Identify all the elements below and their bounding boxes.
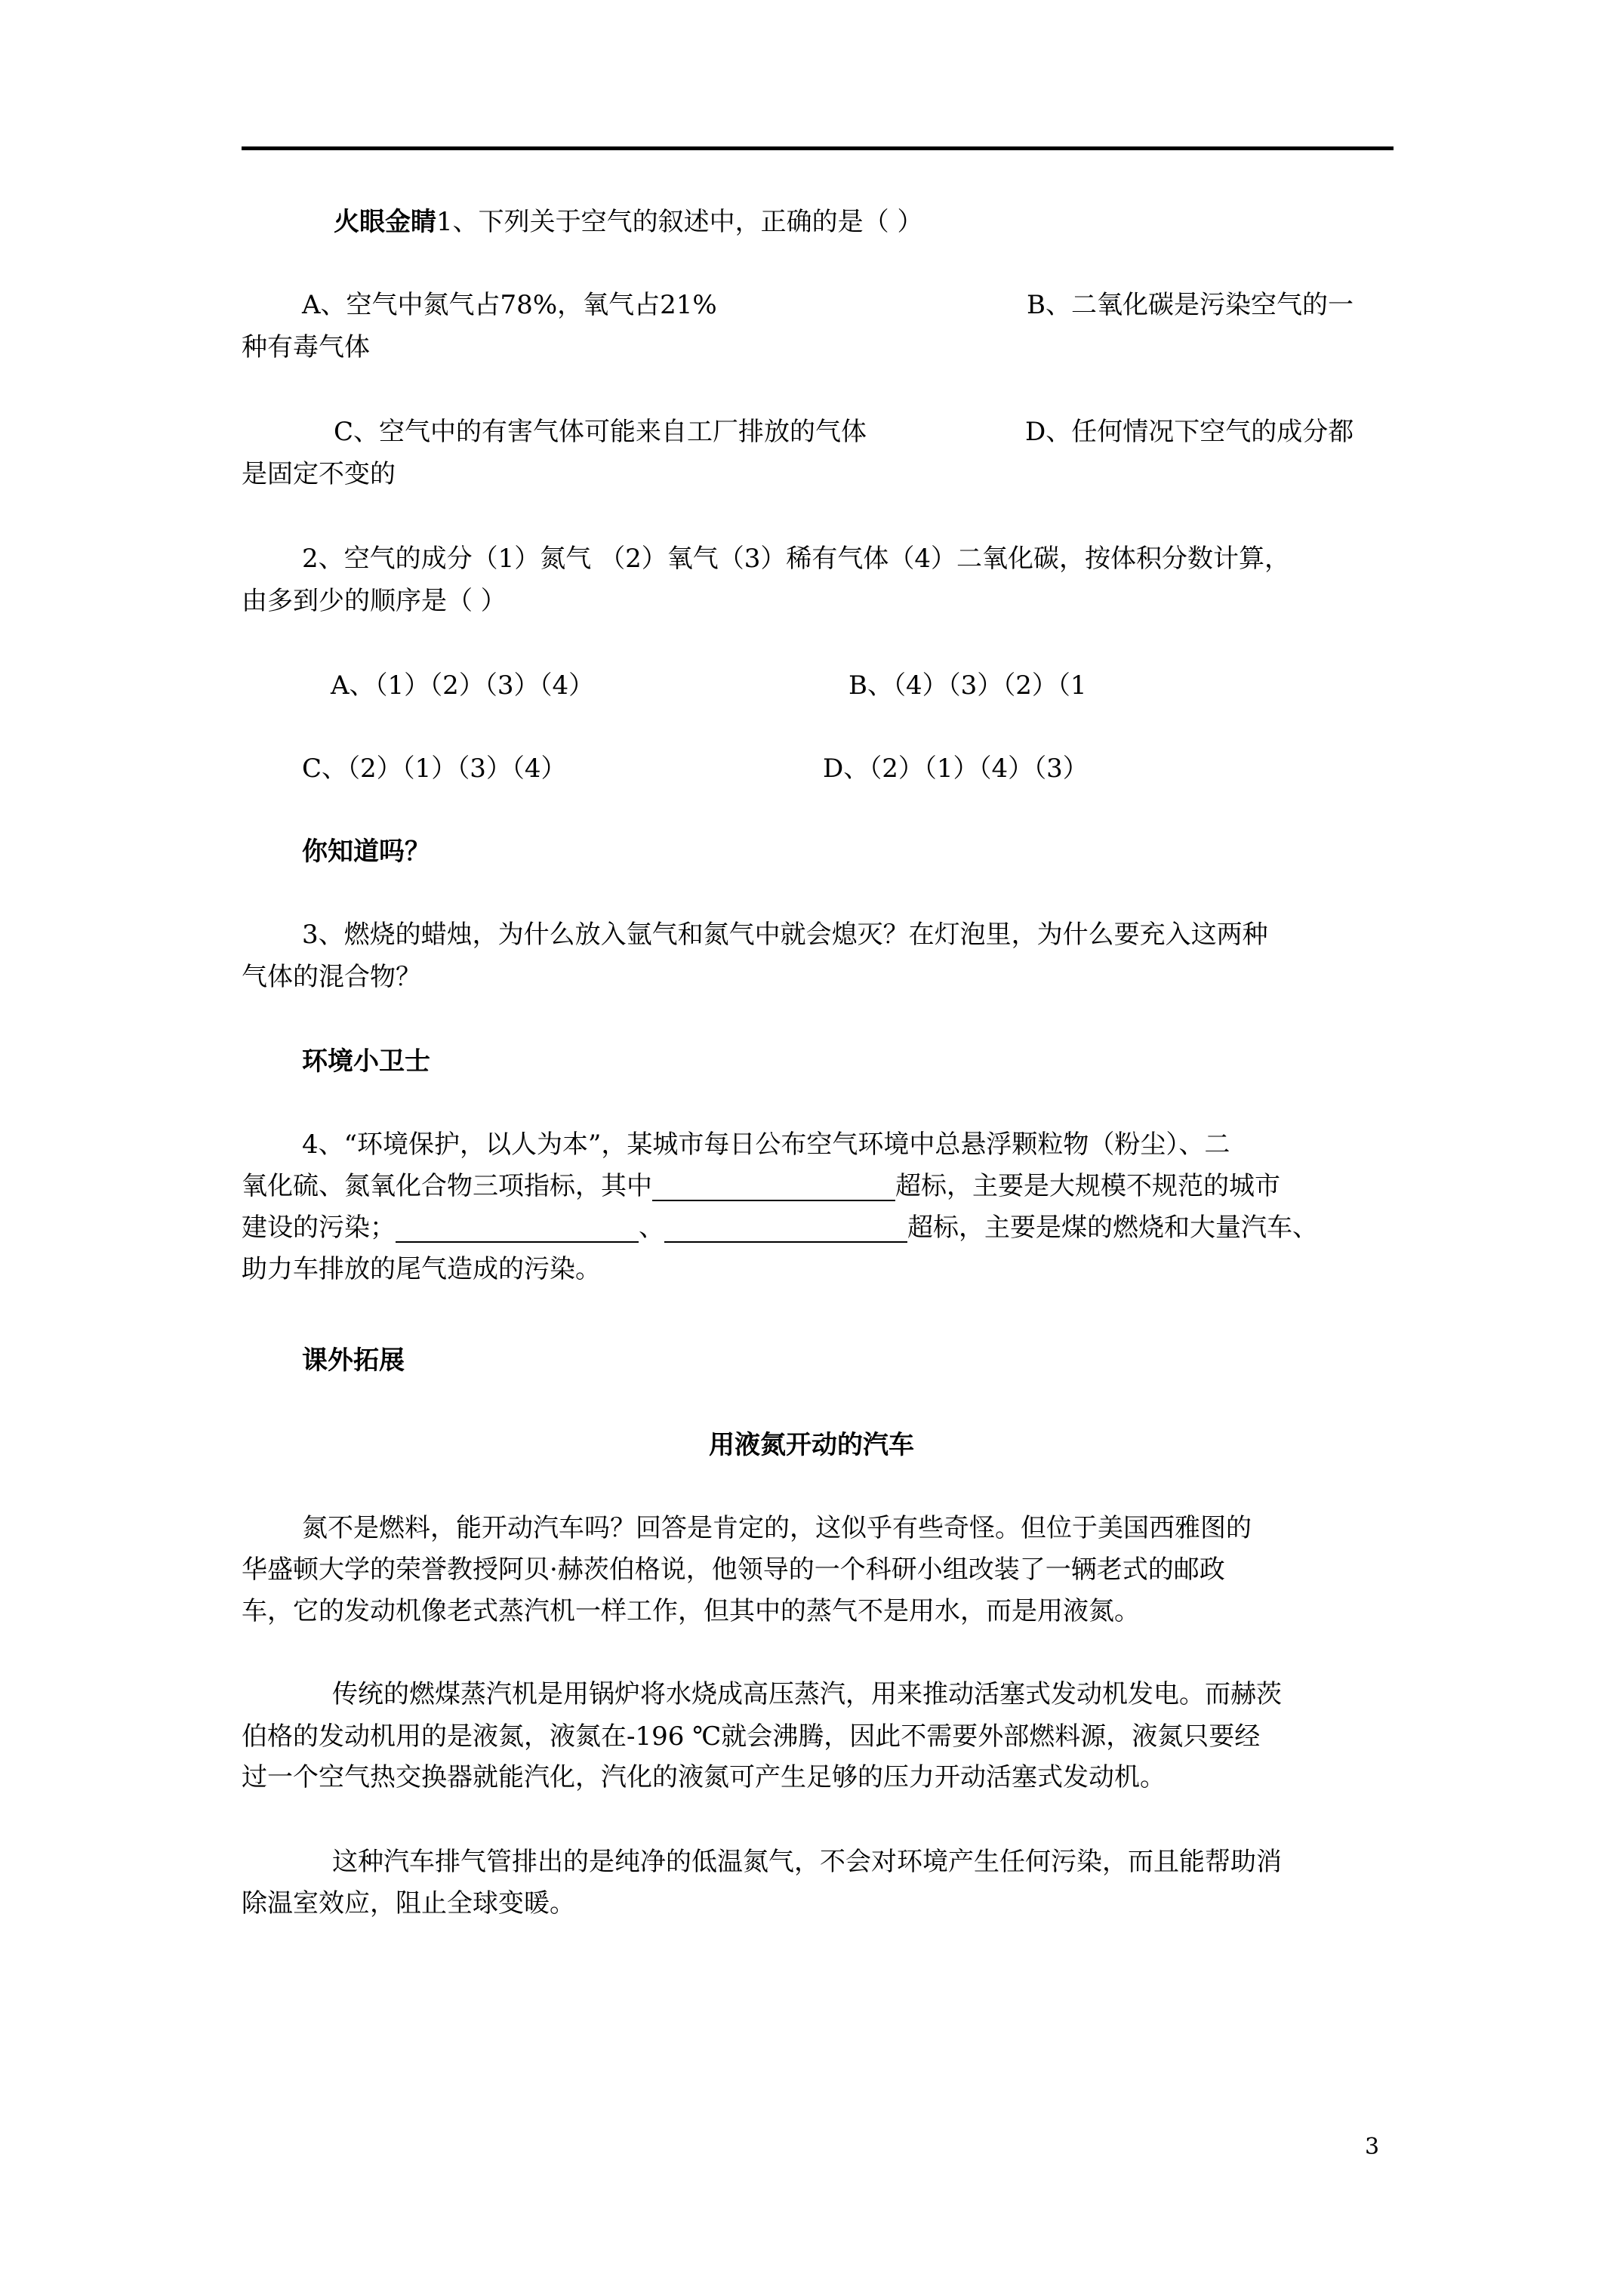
paragraph-2-line-2: 伯格的发动机用的是液氮，液氮在-196 ℃就会沸腾，因此不需要外部燃料源，液氮只…: [242, 1721, 1260, 1752]
paragraph-1-line-3: 车，它的发动机像老式蒸汽机一样工作，但其中的蒸气不是用水，而是用液氮。: [242, 1596, 1140, 1626]
q4-line-1: 4、“环境保护，以人为本”，某城市每日公布空气环境中总悬浮颗粒物（粉尘）、二: [302, 1130, 1230, 1160]
q1-option-b-cont: 种有毒气体: [242, 332, 370, 362]
q4-text: 超标，主要是大规模不规范的城市: [895, 1171, 1280, 1201]
q2-option-b: B、（4）（3）（2）（1: [848, 670, 1087, 701]
header-rule: [242, 146, 1394, 150]
page-number: 3: [1365, 2134, 1379, 2161]
q4-line-3: 建设的污染；、超标，主要是煤的燃烧和大量汽车、: [242, 1213, 1318, 1243]
paragraph-1-line-2: 华盛顿大学的荣誉教授阿贝·赫茨伯格说，他领导的一个科研小组改装了一辆老式的邮政: [242, 1555, 1225, 1585]
q2-option-a: A、（1）（2）（3）（4）: [331, 670, 594, 701]
q4-text: 氧化硫、氮氧化合物三项指标，其中: [242, 1171, 652, 1201]
q1-option-a: A、空气中氮气占78%，氧气占21%: [302, 290, 717, 320]
fill-in-blank-3[interactable]: [664, 1217, 907, 1243]
q2-option-c: C、（2）（1）（3）（4）: [302, 754, 567, 784]
paragraph-3-line-2: 除温室效应，阻止全球变暖。: [242, 1888, 575, 1918]
paragraph-2-line-1: 传统的燃煤蒸汽机是用锅炉将水烧成高压蒸汽，用来推动活塞式发动机发电。而赫茨: [332, 1679, 1282, 1709]
q2-stem: 2、空气的成分（1）氮气 （2）氧气（3）稀有气体（4）二氧化碳，按体积分数计算…: [302, 544, 1290, 574]
paragraph-3-line-1: 这种汽车排气管排出的是纯净的低温氮气，不会对环境产生任何污染，而且能帮助消: [332, 1847, 1282, 1877]
q4-line-2: 氧化硫、氮氧化合物三项指标，其中超标，主要是大规模不规范的城市: [242, 1171, 1280, 1201]
paragraph-1-line-1: 氮不是燃料，能开动汽车吗？回答是肯定的，这似乎有些奇怪。但位于美国西雅图的: [302, 1513, 1252, 1543]
q1-option-c: C、空气中的有害气体可能来自工厂排放的气体: [334, 417, 867, 447]
fill-in-blank-2[interactable]: [396, 1217, 639, 1243]
paragraph-2-line-3: 过一个空气热交换器就能汽化，汽化的液氮可产生足够的压力开动活塞式发动机。: [242, 1762, 1166, 1792]
q4-line-4: 助力车排放的尾气造成的污染。: [242, 1254, 601, 1284]
section-heading-huoyanjinjing: 火眼金睛: [334, 207, 436, 237]
section-heading-do-you-know: 你知道吗？: [302, 837, 430, 867]
q1-option-d: D、任何情况下空气的成分都: [1025, 417, 1354, 447]
q2-stem-cont: 由多到少的顺序是（ ）: [242, 586, 507, 616]
q3-line-cont: 气体的混合物？: [242, 962, 421, 992]
q2-option-d: D、（2）（1）（4）（3）: [823, 754, 1089, 784]
q1-option-b: B、二氧化碳是污染空气的一: [1027, 290, 1354, 320]
q3-line: 3、燃烧的蜡烛，为什么放入氩气和氮气中就会熄灭？在灯泡里，为什么要充入这两种: [302, 920, 1268, 950]
section-heading-environment: 环境小卫士: [302, 1046, 430, 1077]
section-heading-extension: 课外拓展: [302, 1345, 405, 1376]
fill-in-blank-1[interactable]: [652, 1176, 895, 1201]
q4-text: 、: [639, 1213, 664, 1243]
q4-text: 超标，主要是煤的燃烧和大量汽车、: [907, 1213, 1318, 1243]
article-title: 用液氮开动的汽车: [0, 1430, 1623, 1460]
q1-option-d-cont: 是固定不变的: [242, 459, 396, 489]
q1-stem: 1、下列关于空气的叙述中，正确的是（ ）: [436, 207, 922, 237]
q1-line: 火眼金睛1、下列关于空气的叙述中，正确的是（ ）: [334, 207, 922, 237]
q4-text: 建设的污染；: [242, 1213, 396, 1243]
